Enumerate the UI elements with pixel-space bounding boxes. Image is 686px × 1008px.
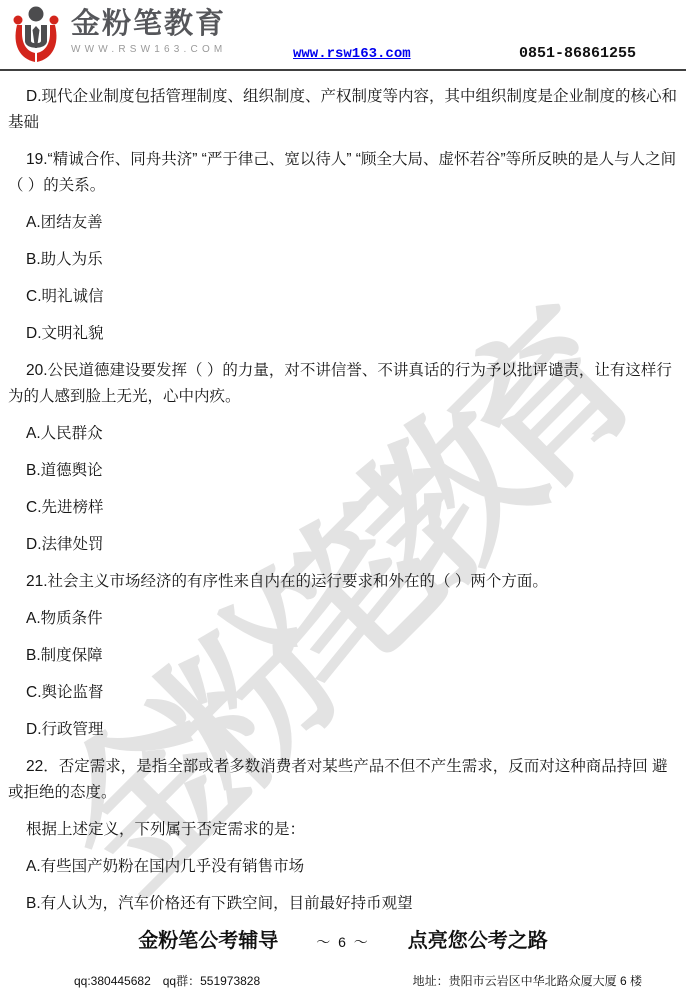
- question-content: D.现代企业制度包括管理制度、组织制度、产权制度等内容，其中组织制度是企业制度的…: [8, 84, 677, 928]
- brand-name: 金粉笔教育: [71, 9, 226, 41]
- header-divider: [0, 69, 686, 71]
- question-paragraph: D.现代企业制度包括管理制度、组织制度、产权制度等内容，其中组织制度是企业制度的…: [8, 84, 677, 136]
- phone-number: 0851-86861255: [519, 45, 636, 62]
- page-header: 金粉笔教育 WWW.RSW163.COM www.rsw163.com 0851…: [0, 0, 686, 71]
- brand-logo: 金粉笔教育 WWW.RSW163.COM: [8, 5, 226, 63]
- question-paragraph: C.先进榜样: [8, 495, 677, 521]
- footer-slogan-row: 金粉笔公考辅导 ～ 6 ～ 点亮您公考之路: [0, 924, 686, 953]
- question-paragraph: B.道德舆论: [8, 458, 677, 484]
- page-number: ～ 6 ～: [316, 932, 370, 952]
- footer-contact-row: qq:380445682 qq群：551973828 地址：贵阳市云岩区中华北路…: [0, 972, 686, 989]
- question-paragraph: B.有人认为，汽车价格还有下跌空间，目前最好持币观望: [8, 891, 677, 917]
- document-page: 金粉笔教育 金粉笔教育 WWW.RSW163.COM www.rsw163.co…: [0, 0, 686, 1008]
- question-paragraph: D.行政管理: [8, 717, 677, 743]
- question-paragraph: 20.公民道德建设要发挥（ ）的力量，对不讲信誉、不讲真话的行为予以批评谴责，让…: [8, 358, 677, 410]
- question-paragraph: A.团结友善: [8, 210, 677, 236]
- footer-address: 地址：贵阳市云岩区中华北路众厦大厦 6 楼: [413, 972, 642, 989]
- question-paragraph: A.物质条件: [8, 606, 677, 632]
- people-u-shield-logo-icon: [8, 5, 64, 63]
- question-paragraph: 22．否定需求，是指全部或者多数消费者对某些产品不但不产生需求，反而对这种商品持…: [8, 754, 677, 806]
- question-paragraph: C.舆论监督: [8, 680, 677, 706]
- question-paragraph: C.明礼诚信: [8, 284, 677, 310]
- question-paragraph: 21.社会主义市场经济的有序性来自内在的运行要求和外在的（ ）两个方面。: [8, 569, 677, 595]
- footer-brand-text: 金粉笔公考辅导: [138, 924, 278, 953]
- question-paragraph: B.制度保障: [8, 643, 677, 669]
- footer-qq-info: qq:380445682 qq群：551973828: [74, 972, 260, 989]
- brand-site-url: WWW.RSW163.COM: [71, 44, 226, 55]
- question-paragraph: B.助人为乐: [8, 247, 677, 273]
- brand-logo-text: 金粉笔教育 WWW.RSW163.COM: [71, 5, 226, 55]
- footer-slogan-text: 点亮您公考之路: [408, 924, 548, 953]
- question-paragraph: A.有些国产奶粉在国内几乎没有销售市场: [8, 854, 677, 880]
- website-link[interactable]: www.rsw163.com: [293, 46, 411, 62]
- question-paragraph: D.法律处罚: [8, 532, 677, 558]
- question-paragraph: 根据上述定义，下列属于否定需求的是：: [8, 817, 677, 843]
- question-paragraph: A.人民群众: [8, 421, 677, 447]
- question-paragraph: 19.“精诚合作、同舟共济” “严于律己、宽以待人” “顾全大局、虚怀若谷”等所…: [8, 147, 677, 199]
- question-paragraph: D.文明礼貌: [8, 321, 677, 347]
